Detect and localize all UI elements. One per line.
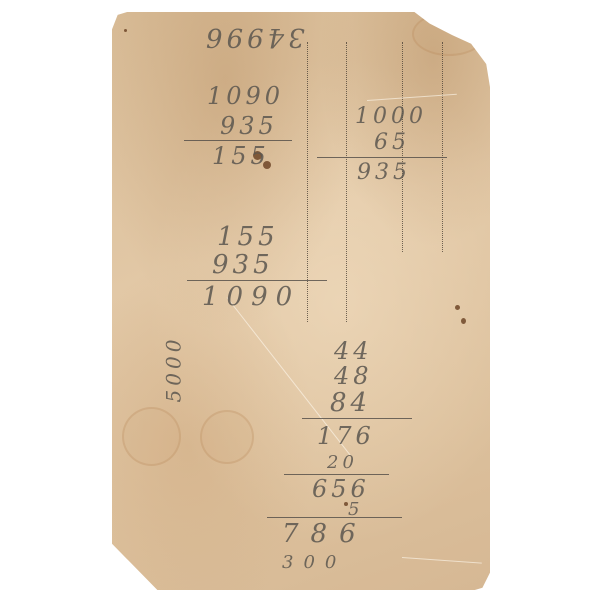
paper-crease	[367, 94, 457, 101]
top-number: 34996	[202, 22, 305, 52]
sum-line	[184, 140, 292, 141]
calc-result: 155	[212, 142, 270, 170]
calc-result: 786	[282, 519, 368, 549]
water-stain	[412, 12, 486, 56]
calc-line: 65	[374, 130, 410, 155]
sum-line	[302, 418, 412, 419]
calc-line: 84	[330, 388, 371, 418]
paper-crease	[402, 557, 482, 564]
water-stain	[122, 407, 181, 466]
ink-spot	[461, 318, 466, 324]
calc-line: 48	[334, 362, 373, 390]
side-number: 5000	[161, 336, 185, 403]
calc-line: 300	[282, 552, 346, 573]
aged-card: 34996 5000 1090 935 155 1000 65 935 155 …	[112, 12, 490, 590]
calc-line: 935	[220, 112, 278, 140]
calc-line: 20	[327, 452, 358, 473]
calc-line: 155	[217, 222, 279, 252]
calc-result: 1090	[202, 282, 300, 312]
sum-line	[317, 157, 447, 158]
ruled-line	[442, 42, 443, 252]
calc-result: 176	[317, 422, 375, 450]
sum-line	[187, 280, 327, 281]
calc-result: 935	[357, 160, 411, 185]
calc-line: 935	[212, 250, 274, 280]
calc-line: 1000	[355, 104, 427, 129]
sum-line	[267, 517, 402, 518]
ruled-line	[346, 42, 347, 322]
ink-spot	[124, 29, 127, 32]
ink-spot	[455, 305, 460, 310]
calc-line: 1090	[207, 82, 284, 110]
water-stain	[200, 410, 254, 464]
calc-line: 44	[334, 337, 373, 365]
